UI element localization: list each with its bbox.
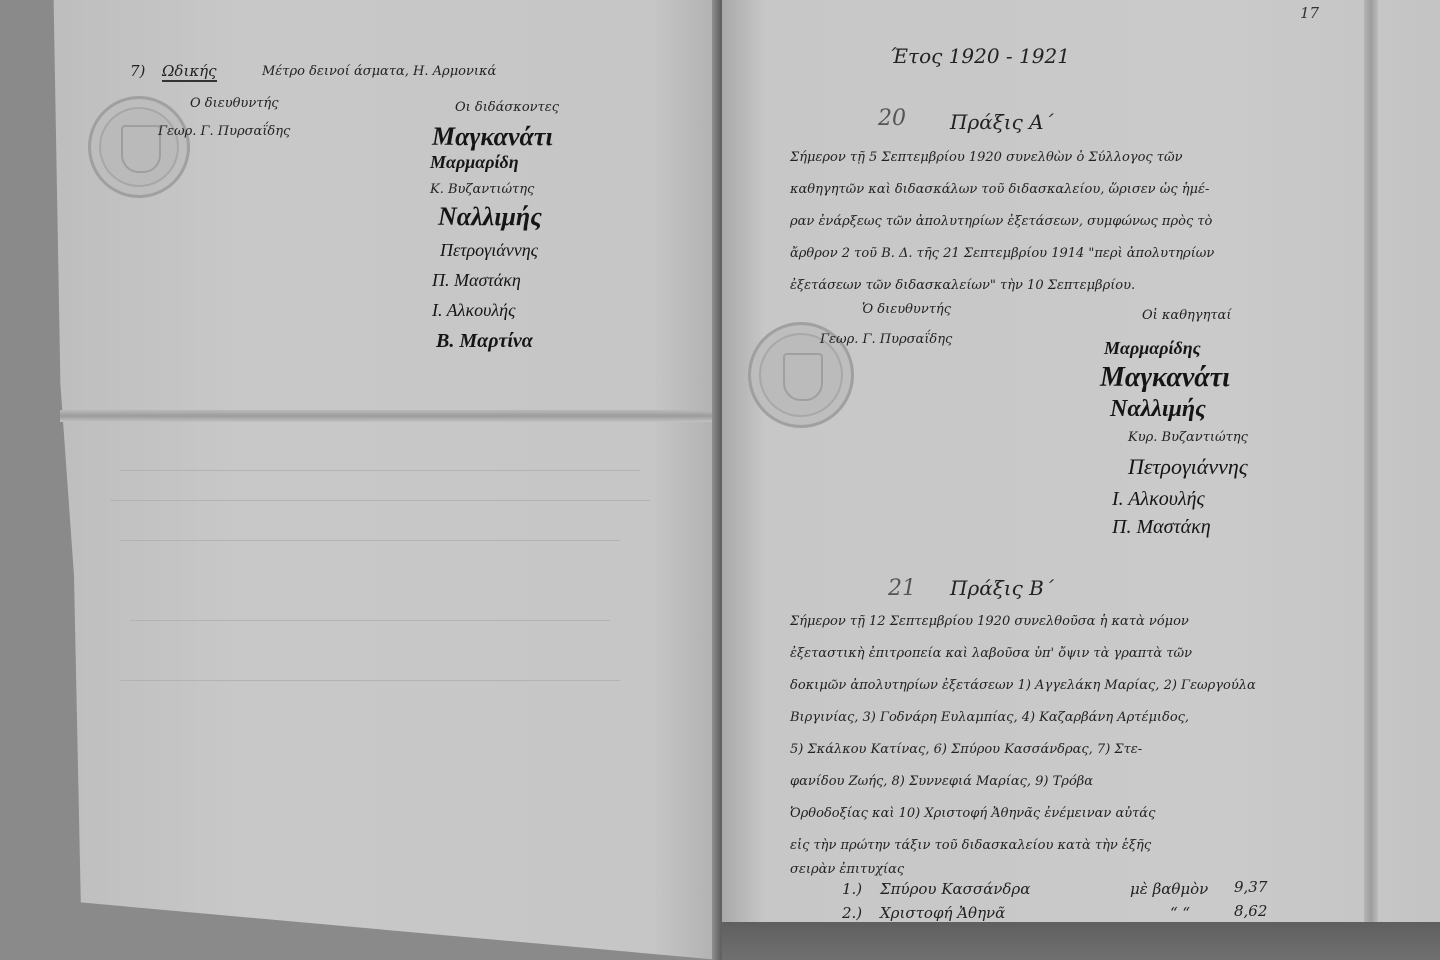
- act-a-signature-1: Μαρμαρίδης: [1104, 338, 1201, 359]
- act-a-signature-7: Π. Μαστάκη: [1112, 516, 1211, 539]
- ranking-name: Χριστοφή Ἀθηνᾶ: [880, 904, 1005, 922]
- book-spread: 7) Ωδικής Μέτρο δεινοί άσματα, Η. Αρμονι…: [0, 0, 1440, 960]
- left-signature-6: Π. Μαστάκη: [432, 270, 521, 291]
- act-a-director-signature: Γεωρ. Γ. Πυρσαΐδης: [820, 332, 952, 347]
- left-signature-1: Μαγκανάτι: [432, 122, 553, 152]
- act-b-number: 21: [888, 576, 916, 601]
- act-a-line-4: ἄρθρον 2 τοῦ Β. Δ. τῆς 21 Σεπτεμβρίου 19…: [790, 246, 1214, 261]
- act-a-line-1: Σήμερον τῇ 5 Σεπτεμβρίου 1920 συνελθὼν ὁ…: [790, 150, 1183, 165]
- act-a-number: 20: [878, 106, 906, 131]
- act-b-line-6: φανίδου Ζωής, 8) Συννεφιά Μαρίας, 9) Τρό…: [790, 774, 1093, 789]
- ranking-grade: 8,62: [1234, 902, 1267, 920]
- bleed-through-text: [110, 500, 650, 501]
- bleed-through-text: [120, 540, 620, 541]
- act-b-line-4: Βιργινίας, 3) Γοδνάρη Ευλαμπίας, 4) Καζα…: [790, 710, 1189, 725]
- act-a-signature-4: Κυρ. Βυζαντιώτης: [1128, 430, 1248, 445]
- act-a-line-2: καθηγητῶν καὶ διδασκάλων τοῦ διδασκαλείο…: [790, 182, 1209, 197]
- crest-icon: [121, 125, 161, 173]
- page-edge: [1364, 0, 1378, 930]
- act-a-teachers-label: Οἱ καθηγηταί: [1142, 308, 1231, 323]
- year-heading: Έτος 1920 - 1921: [890, 44, 1070, 68]
- act-a-line-3: ραν ἐνάρξεως τῶν ἀπολυτηρίων ἐξετάσεων, …: [790, 214, 1212, 229]
- official-seal-stamp-left: [88, 96, 190, 198]
- item-7-text: Μέτρο δεινοί άσματα, Η. Αρμονικά: [262, 64, 496, 79]
- ranking-rank: 1.): [842, 880, 862, 898]
- left-signature-8: Β. Μαρτίνα: [436, 330, 533, 353]
- bleed-through-text: [120, 470, 640, 471]
- ranking-rank: 2.): [842, 904, 862, 922]
- act-b-line-8: εἰς τὴν πρώτην τάξιν τοῦ διδασκαλείου κα…: [790, 838, 1151, 853]
- act-a-director-label: Ὁ διευθυντής: [862, 302, 951, 317]
- bleed-through-text: [120, 680, 620, 681]
- left-signature-4: Ναλλιμής: [438, 202, 542, 232]
- act-a-signature-5: Πετρογιάννης: [1128, 454, 1248, 480]
- page-bottom-shadow: [722, 922, 1440, 960]
- page-number: 17: [1300, 4, 1319, 22]
- ranking-name: Σπύρου Κασσάνδρα: [880, 880, 1030, 898]
- right-page: [722, 0, 1440, 930]
- act-a-signature-2: Μαγκανάτι: [1100, 362, 1230, 394]
- left-director-label: Ο διευθυντής: [190, 96, 279, 111]
- act-b-line-2: ἐξεταστικὴ ἐπιτροπεία καὶ λαβοῦσα ὑπ' ὄψ…: [790, 646, 1192, 661]
- act-b-line-3: δοκιμῶν ἀπολυτηρίων ἐξετάσεων 1) Αγγελάκ…: [790, 678, 1256, 693]
- act-a-line-5: ἐξετάσεων τῶν διδασκαλείων" τὴν 10 Σεπτε…: [790, 278, 1135, 293]
- left-director-signature: Γεωρ. Γ. Πυρσαΐδης: [158, 124, 290, 139]
- ranking-grade: 9,37: [1234, 878, 1267, 896]
- act-a-signature-6: Ι. Αλκουλής: [1112, 488, 1205, 511]
- act-a-title: Πράξις Α΄: [950, 110, 1054, 134]
- ranking-grade-label: μὲ βαθμὸν: [1130, 880, 1208, 898]
- ranking-grade-label: “ “: [1170, 904, 1190, 922]
- act-b-line-7: Ὀρθοδοξίας καὶ 10) Χριστοφή Ἀθηνᾶς ἐνέμε…: [790, 806, 1155, 821]
- left-signature-5: Πετρογιάννης: [440, 240, 538, 261]
- act-b-line-1: Σήμερον τῇ 12 Σεπτεμβρίου 1920 συνελθοῦσ…: [790, 614, 1189, 629]
- item-7-number: 7): [130, 62, 145, 80]
- crest-icon: [783, 353, 823, 401]
- left-signature-7: Ι. Αλκουλής: [432, 300, 515, 321]
- page-fold-crease: [60, 410, 716, 422]
- bleed-through-text: [130, 620, 610, 621]
- act-b-title: Πράξις Β΄: [950, 576, 1054, 600]
- act-a-signature-3: Ναλλιμής: [1110, 396, 1206, 423]
- act-b-line-5: 5) Σκάλκου Κατίνας, 6) Σπύρου Κασσάνδρας…: [790, 742, 1142, 757]
- left-teachers-label: Οι διδάσκοντες: [455, 100, 559, 115]
- item-7-subject: Ωδικής: [162, 62, 217, 82]
- act-b-line-9: σειρὰν ἐπιτυχίας: [790, 862, 904, 877]
- left-signature-3: Κ. Βυζαντιώτης: [430, 182, 534, 197]
- left-signature-2: Μαρμαρίδη: [430, 152, 519, 173]
